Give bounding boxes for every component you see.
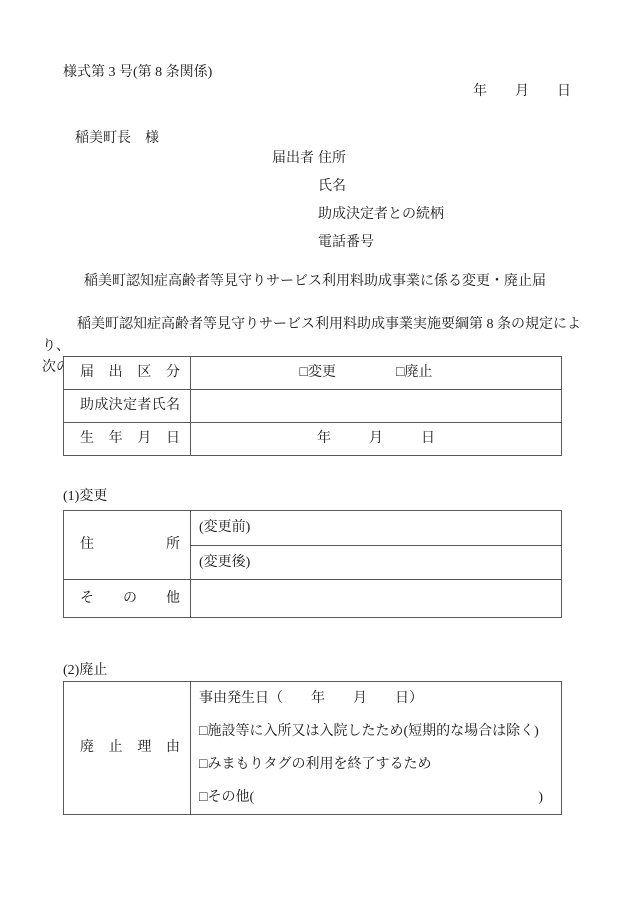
birth-month-label: 月 bbox=[369, 429, 383, 449]
other-reason-prefix: □その他( bbox=[199, 788, 254, 808]
other-label: その他 bbox=[80, 589, 180, 609]
abolish-reason-label-cell: 廃止理由 bbox=[64, 682, 191, 814]
address-label: 住所 bbox=[80, 535, 180, 555]
checkbox-abolish: □廃止 bbox=[396, 363, 432, 383]
intro-line-1: 稲美町認知症高齢者等見守りサービス利用料助成事業実施要綱第 8 条の規定により、 bbox=[42, 314, 589, 357]
abolish-reason-label: 廃止理由 bbox=[80, 738, 180, 758]
header-date-year-label: 年 bbox=[473, 82, 487, 102]
birth-date-value-cell: 年 月 日 bbox=[191, 423, 561, 455]
checkbox-reason-facility: □施設等に入所又は入院したため(短期的な場合は除く) bbox=[191, 715, 561, 748]
addressee-label: 稲美町長 様 bbox=[75, 129, 159, 149]
document-title: 稲美町認知症高齢者等見守りサービス利用料助成事業に係る変更・廃止届 bbox=[0, 272, 630, 292]
checkbox-reason-end-tag: □みまもりタグの利用を終了するため bbox=[191, 748, 561, 781]
report-category-label: 届出区分 bbox=[80, 363, 180, 383]
form-number-label: 様式第 3 号(第 8 条関係) bbox=[63, 63, 212, 83]
applicant-field-address: 住所 bbox=[318, 145, 444, 173]
before-change-label: (変更前) bbox=[199, 518, 250, 538]
table-row-report-category: 届出区分 □変更 □廃止 bbox=[64, 357, 561, 389]
change-section-heading: (1)変更 bbox=[63, 487, 107, 507]
header-date-line: 年 月 日 bbox=[473, 82, 571, 102]
change-table: 住所 (変更前) (変更後) その他 bbox=[63, 510, 562, 618]
abolish-section-heading: (2)廃止 bbox=[63, 661, 107, 681]
recipient-name-label-cell: 助成決定者氏名 bbox=[64, 390, 191, 422]
birth-day-label: 日 bbox=[421, 429, 435, 449]
abolish-reason-content-cell: 事由発生日（ 年 月 日） □施設等に入所又は入院したため(短期的な場合は除く)… bbox=[191, 682, 561, 814]
header-date-day-label: 日 bbox=[557, 82, 571, 102]
recipient-name-label: 助成決定者氏名 bbox=[80, 396, 180, 416]
recipient-name-value-cell bbox=[191, 390, 561, 422]
birth-year-label: 年 bbox=[317, 429, 331, 449]
checkbox-reason-other: □その他( ) bbox=[191, 781, 561, 814]
checkbox-change: □変更 bbox=[300, 363, 336, 383]
event-date-line: 事由発生日（ 年 月 日） bbox=[191, 682, 561, 715]
header-date-month-label: 月 bbox=[515, 82, 529, 102]
other-reason-suffix: ) bbox=[538, 788, 543, 808]
address-before-cell: (変更前) bbox=[191, 511, 561, 545]
applicant-field-name: 氏名 bbox=[318, 173, 444, 201]
applicant-field-phone: 電話番号 bbox=[318, 229, 444, 257]
table-row-birth-date: 生年月日 年 月 日 bbox=[64, 422, 561, 455]
applicant-fields: 住所 氏名 助成決定者との続柄 電話番号 bbox=[318, 145, 444, 257]
summary-table: 届出区分 □変更 □廃止 助成決定者氏名 生年月日 年 月 日 bbox=[63, 356, 562, 456]
other-label-cell: その他 bbox=[64, 579, 191, 617]
table-row-recipient-name: 助成決定者氏名 bbox=[64, 389, 561, 422]
birth-date-label: 生年月日 bbox=[80, 429, 180, 449]
applicant-section: 届出者 住所 氏名 助成決定者との続柄 電話番号 bbox=[272, 145, 444, 257]
after-change-label: (変更後) bbox=[199, 553, 250, 573]
report-category-value-cell: □変更 □廃止 bbox=[191, 357, 561, 389]
other-value-cell bbox=[191, 579, 561, 617]
birth-date-label-cell: 生年月日 bbox=[64, 423, 191, 455]
address-label-cell: 住所 bbox=[64, 511, 191, 579]
abolish-table: 廃止理由 事由発生日（ 年 月 日） □施設等に入所又は入院したため(短期的な場… bbox=[63, 681, 562, 815]
report-category-label-cell: 届出区分 bbox=[64, 357, 191, 389]
address-after-cell: (変更後) bbox=[191, 545, 561, 579]
applicant-field-relationship: 助成決定者との続柄 bbox=[318, 201, 444, 229]
applicant-label: 届出者 bbox=[272, 145, 314, 173]
form-page: 様式第 3 号(第 8 条関係) 年 月 日 稲美町長 様 届出者 住所 氏名 … bbox=[0, 0, 630, 903]
